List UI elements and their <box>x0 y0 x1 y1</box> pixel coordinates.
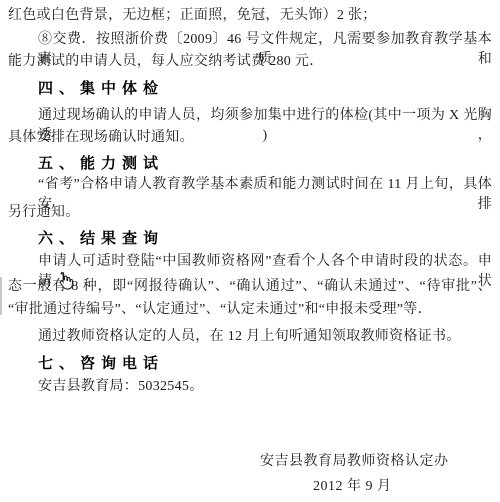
date-line: 2012 年 9 月 <box>313 477 392 497</box>
signature-line: 安吉县教育局教师资格认定办 <box>260 452 449 472</box>
doc-line: 态一般有 8 种，即“网报待确认”、“确认通过”、“确认未通过”、“待审批”、 <box>8 277 492 297</box>
doc-line: 通过教师资格认定的人员，在 12 月上旬听通知领取教师资格证书。 <box>8 327 492 347</box>
doc-line: 另行通知。 <box>8 203 492 223</box>
doc-line: 具体安排在现场确认时通知。 <box>8 128 492 148</box>
doc-line: 安吉县教育局：5032545。 <box>8 377 492 397</box>
doc-line: 能力测试的申请人员，每人应交纳考试费 280 元． <box>8 52 492 72</box>
section-heading-7: 七、咨询电话 <box>8 353 492 373</box>
section-heading-5: 五、能力测试 <box>8 153 492 173</box>
doc-line: “审批通过待编号”、“认定通过”、“认定未通过”和“申报未受理”等． <box>8 300 492 320</box>
section-heading-4: 四、集中体检 <box>8 78 492 98</box>
scan-artifact <box>0 277 2 315</box>
section-heading-6: 六、结果查询 <box>8 228 492 248</box>
doc-line: 红色或白色背景，无边框；正面照，免冠，无头饰）2 张； <box>8 6 492 26</box>
document-page: 红色或白色背景，无边框；正面照，免冠，无头饰）2 张； ⑧交费．按照浙价费〔20… <box>0 0 500 502</box>
